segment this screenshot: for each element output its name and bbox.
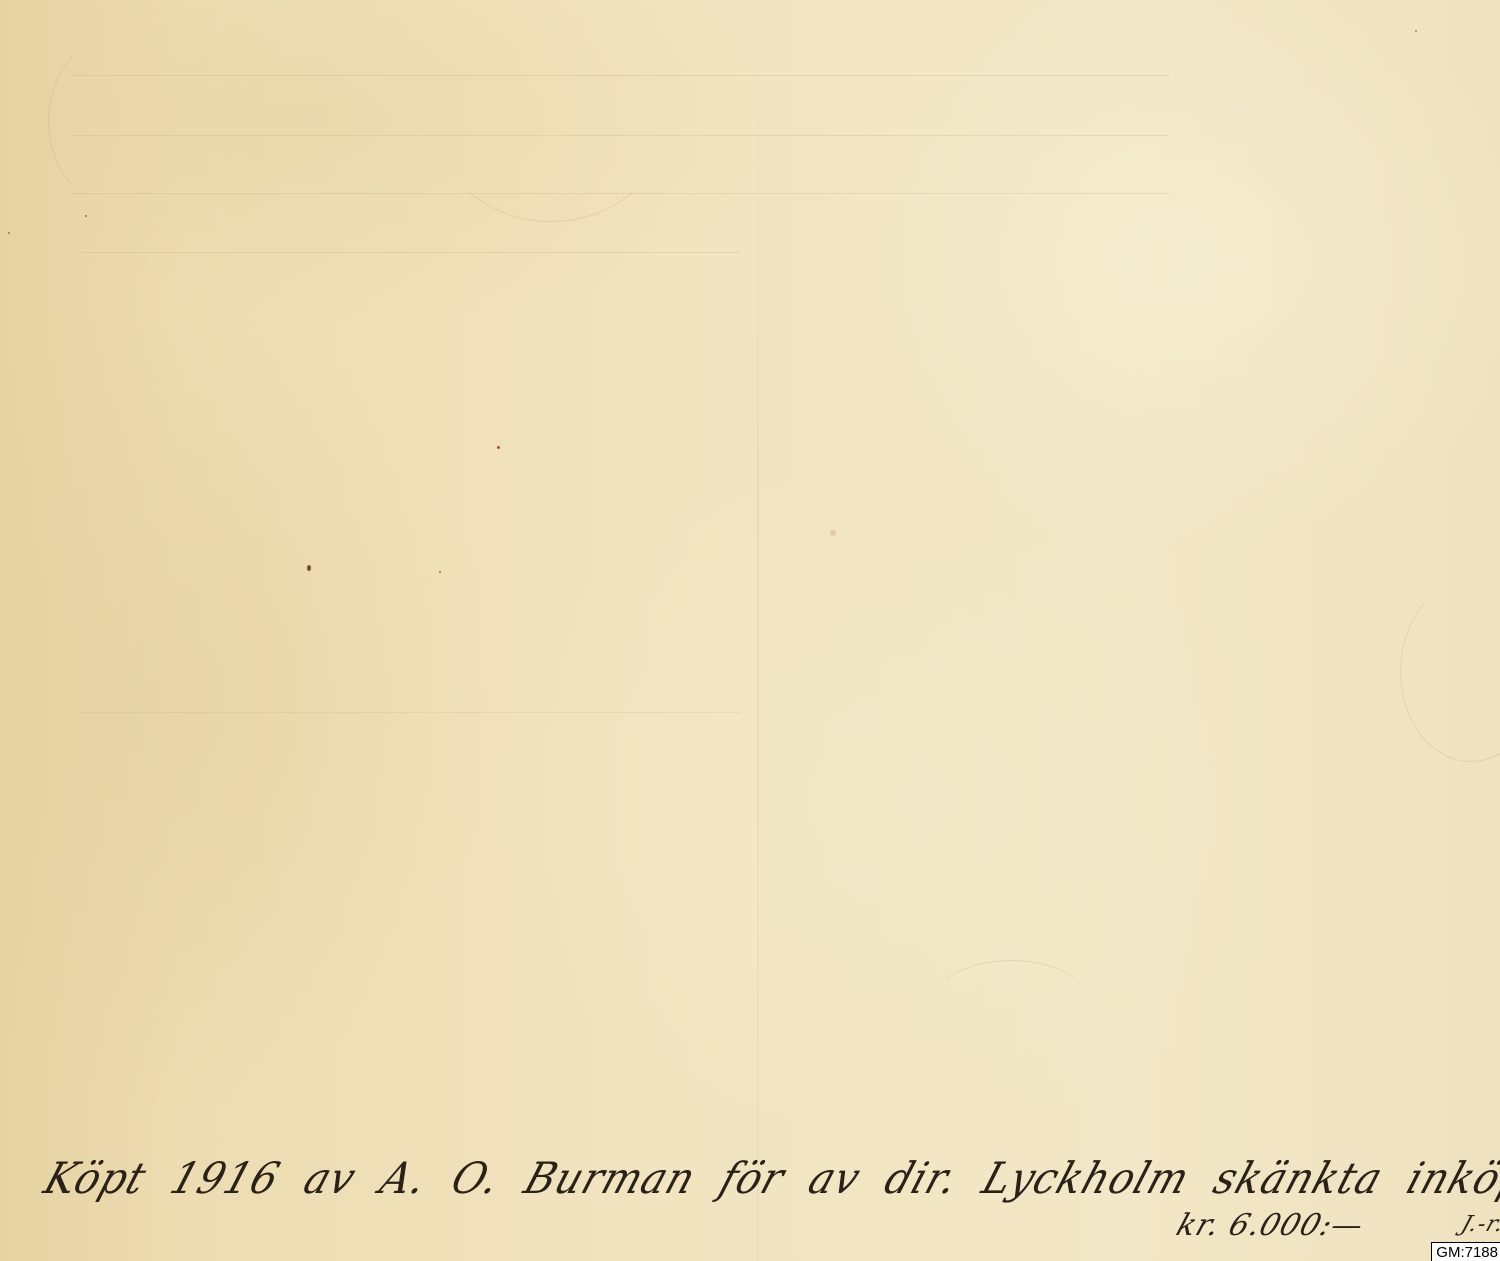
ghost-arc-mark <box>48 30 210 212</box>
center-fold-shadow <box>757 0 759 1261</box>
catalog-number-label: GM:7188 <box>1431 1242 1500 1261</box>
ghost-arc-mark <box>930 960 1092 1052</box>
foxing-speck <box>1415 30 1417 32</box>
handwritten-initials: J.-r. <box>1458 1212 1500 1237</box>
foxing-speck <box>8 232 10 234</box>
ghost-arc-mark <box>1400 580 1500 762</box>
ghost-ruled-line <box>80 252 740 253</box>
ghost-ruled-line <box>80 712 740 713</box>
foxing-speck <box>439 571 441 573</box>
document-sheet: Köpt 1916 av A. O. Burman för av dir. Ly… <box>0 0 1500 1261</box>
handwritten-acquisition-note: Köpt 1916 av A. O. Burman för av dir. Ly… <box>38 1154 1500 1204</box>
foxing-speck <box>497 446 500 449</box>
foxing-speck <box>85 215 87 217</box>
foxing-speck <box>307 565 311 571</box>
ghost-arc-mark <box>440 40 662 222</box>
foxing-speck <box>830 530 836 536</box>
handwritten-price: kr. 6.000:— <box>1172 1208 1369 1243</box>
